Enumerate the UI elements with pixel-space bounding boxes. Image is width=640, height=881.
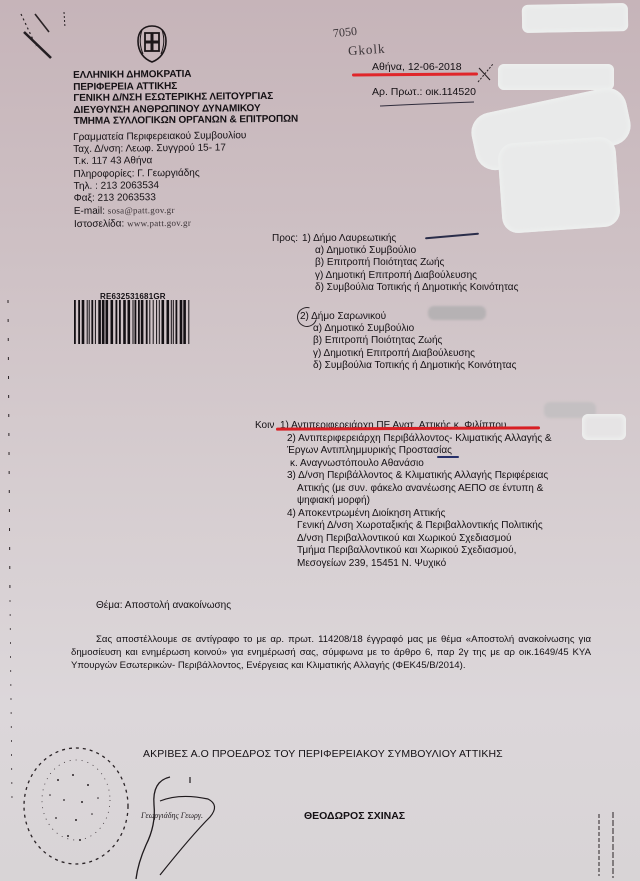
recipient-title: 1) Δήμο Λαυρεωτικής [302, 233, 518, 245]
email-label: E-mail: [74, 206, 105, 217]
protocol-number: Αρ. Πρωτ.: οικ.114520 [372, 86, 476, 98]
redaction-patch [497, 136, 621, 234]
cc-line: Μεσογείων 239, 15451 Ν. Ψυχικό [280, 558, 552, 571]
issuing-authority: ΕΛΛΗΝΙΚΗ ΔΗΜΟΚΡΑΤΙΑ ΠΕΡΙΦΕΡΕΙΑ ΑΤΤΙΚΗΣ Γ… [73, 68, 298, 128]
cc-label: Κοιν [255, 420, 274, 431]
document-date: Αθήνα, 12-06-2018 [372, 61, 462, 73]
cc-line: Γενική Δ/νση Χωροταξικής & Περιβαλλοντικ… [280, 520, 552, 533]
cc-line: Έργων Αντιπλημμυρικής Προστασίας [280, 445, 552, 458]
recipient-group: 1) Δήμο Λαυρεωτικής α) Δημοτικό Συμβούλι… [302, 233, 518, 294]
org-line: ΓΕΝΙΚΗ Δ/ΝΣΗ ΕΣΩΤΕΡΙΚΗΣ ΛΕΙΤΟΥΡΓΙΑΣ [73, 91, 298, 105]
website-label: Ιστοσελίδα: [74, 219, 124, 231]
recipient-item: δ) Συμβούλια Τοπικής ή Δημοτικής Κοινότη… [302, 282, 518, 294]
recipient-group: 2) Δήμο Σαρωνικού α) Δημοτικό Συμβούλιο … [300, 311, 516, 372]
email-link[interactable]: sosa@patt.gov.gr [108, 205, 175, 216]
handwritten-note: 7050 [332, 24, 357, 41]
scan-edge-marks [4, 300, 14, 800]
recipient-item: α) Δημοτικό Συμβούλιο [302, 245, 518, 257]
subject-line: Θέμα: Αποστολή ανακοίνωσης [96, 600, 231, 611]
recipient-item: β) Επιτροπή Ποιότητας Ζωής [302, 257, 518, 269]
cc-line: 3) Δ/νση Περιβάλλοντος & Κλιματικής Αλλα… [280, 470, 552, 483]
cc-line: Δ/νση Περιβαλλοντικού και Χωρικού Σχεδια… [280, 533, 552, 546]
to-label: Προς: [272, 233, 298, 245]
cc-line: 2) Αντιπεριφερειάρχη Περιβάλλοντος- Κλιμ… [280, 433, 552, 446]
coat-of-arms-icon [134, 24, 170, 64]
cc-line: Αττικής (με συν. φάκελο ανανέωσης ΑΕΠΟ σ… [280, 483, 552, 496]
org-line: ΤΜΗΜΑ ΣΥΛΛΟΓΙΚΩΝ ΟΡΓΑΝΩΝ & ΕΠΙΤΡΟΠΩΝ [73, 114, 298, 128]
redaction-patch [522, 3, 628, 33]
official-stamp-icon [18, 740, 136, 870]
pen-underline [378, 100, 478, 108]
handwritten-note: Gkolk [347, 41, 386, 60]
website-row: Ιστοσελίδα: www.patt.gov.gr [74, 217, 247, 232]
website-link[interactable]: www.patt.gov.gr [127, 218, 191, 229]
address: Ταχ. Δ/νση: Λεωφ. Συγγρού 15- 17 [73, 142, 246, 156]
corner-pen-marks [18, 10, 68, 64]
edge-marks [597, 812, 617, 878]
signature-title: ΑΚΡΙΒΕΣ Α.Ο ΠΡΟΕΔΡΟΣ ΤΟΥ ΠΕΡΙΦΕΡΕΙΑΚΟΥ Σ… [143, 748, 503, 760]
signatory-name: ΘΕΟΔΩΡΟΣ ΣΧΙΝΑΣ [304, 810, 405, 822]
cc-line: Τμήμα Περιβαλλοντικού και Χωρικού Σχεδια… [280, 545, 552, 558]
cc-line: ψηφιακή μορφή) [280, 495, 552, 508]
contact-block: Γραμματεία Περιφερειακού Συμβουλίου Ταχ.… [73, 130, 247, 231]
recipient-item: δ) Συμβούλια Τοπικής ή Δημοτικής Κοινότη… [300, 360, 516, 372]
recipient-item: γ) Δημοτική Επιτροπή Διαβούλευσης [302, 270, 518, 282]
redaction-patch [428, 306, 486, 320]
red-highlight-underline [352, 72, 478, 76]
cc-line: 4) Αποκεντρωμένη Διοίκηση Αττικής [280, 508, 552, 521]
barcode-icon [73, 300, 191, 344]
redaction-patch [498, 64, 614, 90]
cc-line: κ. Αναγνωστόπουλο Αθανάσιο [280, 458, 552, 471]
redaction-patch [582, 414, 626, 440]
pen-underline [437, 456, 459, 458]
recipient-item: α) Δημοτικό Συμβούλιο [300, 323, 516, 335]
body-paragraph: Σας αποστέλλουμε σε αντίγραφο το με αρ. … [71, 633, 591, 673]
recipient-item: γ) Δημοτική Επιτροπή Διαβούλευσης [300, 348, 516, 360]
handwritten-name: Γεωργιάδης Γεωργ. [141, 811, 203, 820]
handwritten-signature [130, 775, 220, 881]
recipient-item: β) Επιτροπή Ποιότητας Ζωής [300, 335, 516, 347]
cc-list: 1) Αντιπεριφερειάρχη ΠΕ Ανατ. Αττικής κ.… [280, 420, 552, 570]
pen-x-mark [476, 62, 496, 84]
